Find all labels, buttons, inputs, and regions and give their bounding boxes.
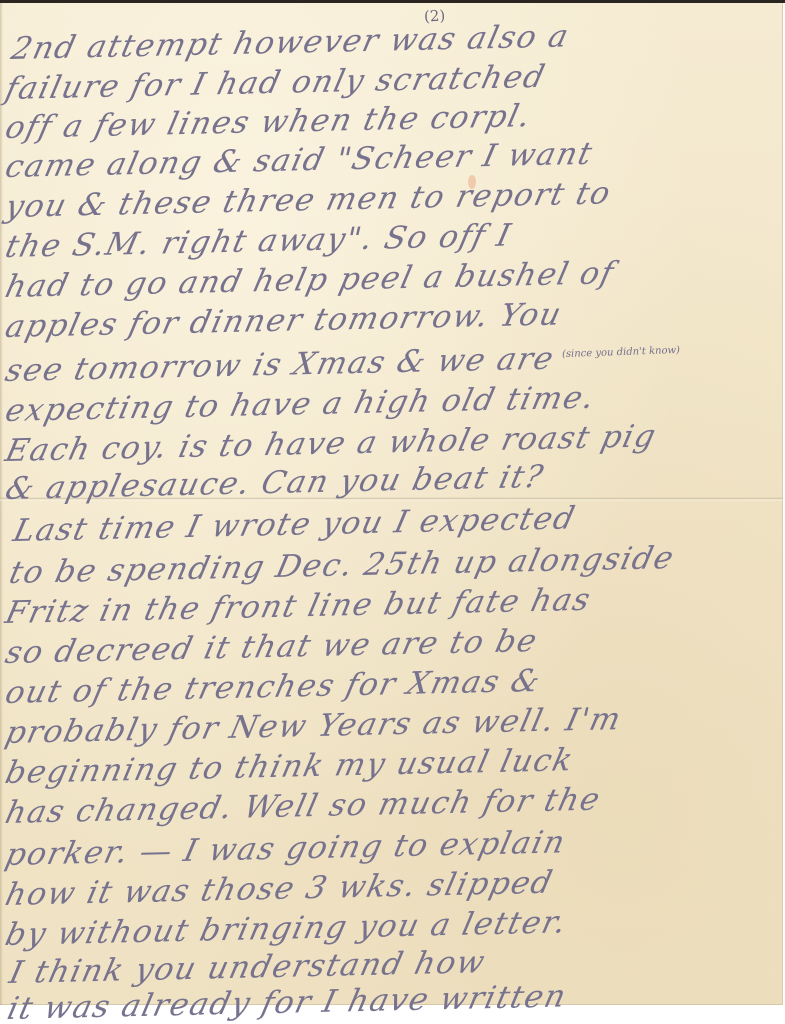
margin-annotation: (since you didn't know) (562, 345, 680, 360)
letter-line-20: has changed. Well so much for the (2, 782, 604, 831)
letter-body: 2nd attempt however was also a failure f… (0, 3, 783, 1005)
letter-line-13: Last time I wrote you I expected (10, 500, 579, 549)
letter-line-8: apples for dinner tomorrow. You (2, 296, 566, 345)
letter-line-16: so decreed it that we are to be (2, 623, 542, 671)
letter-line-6: the S.M. right away". So off I (2, 218, 515, 265)
letter-page: (2) 2nd attempt however was also a failu… (0, 3, 783, 1005)
